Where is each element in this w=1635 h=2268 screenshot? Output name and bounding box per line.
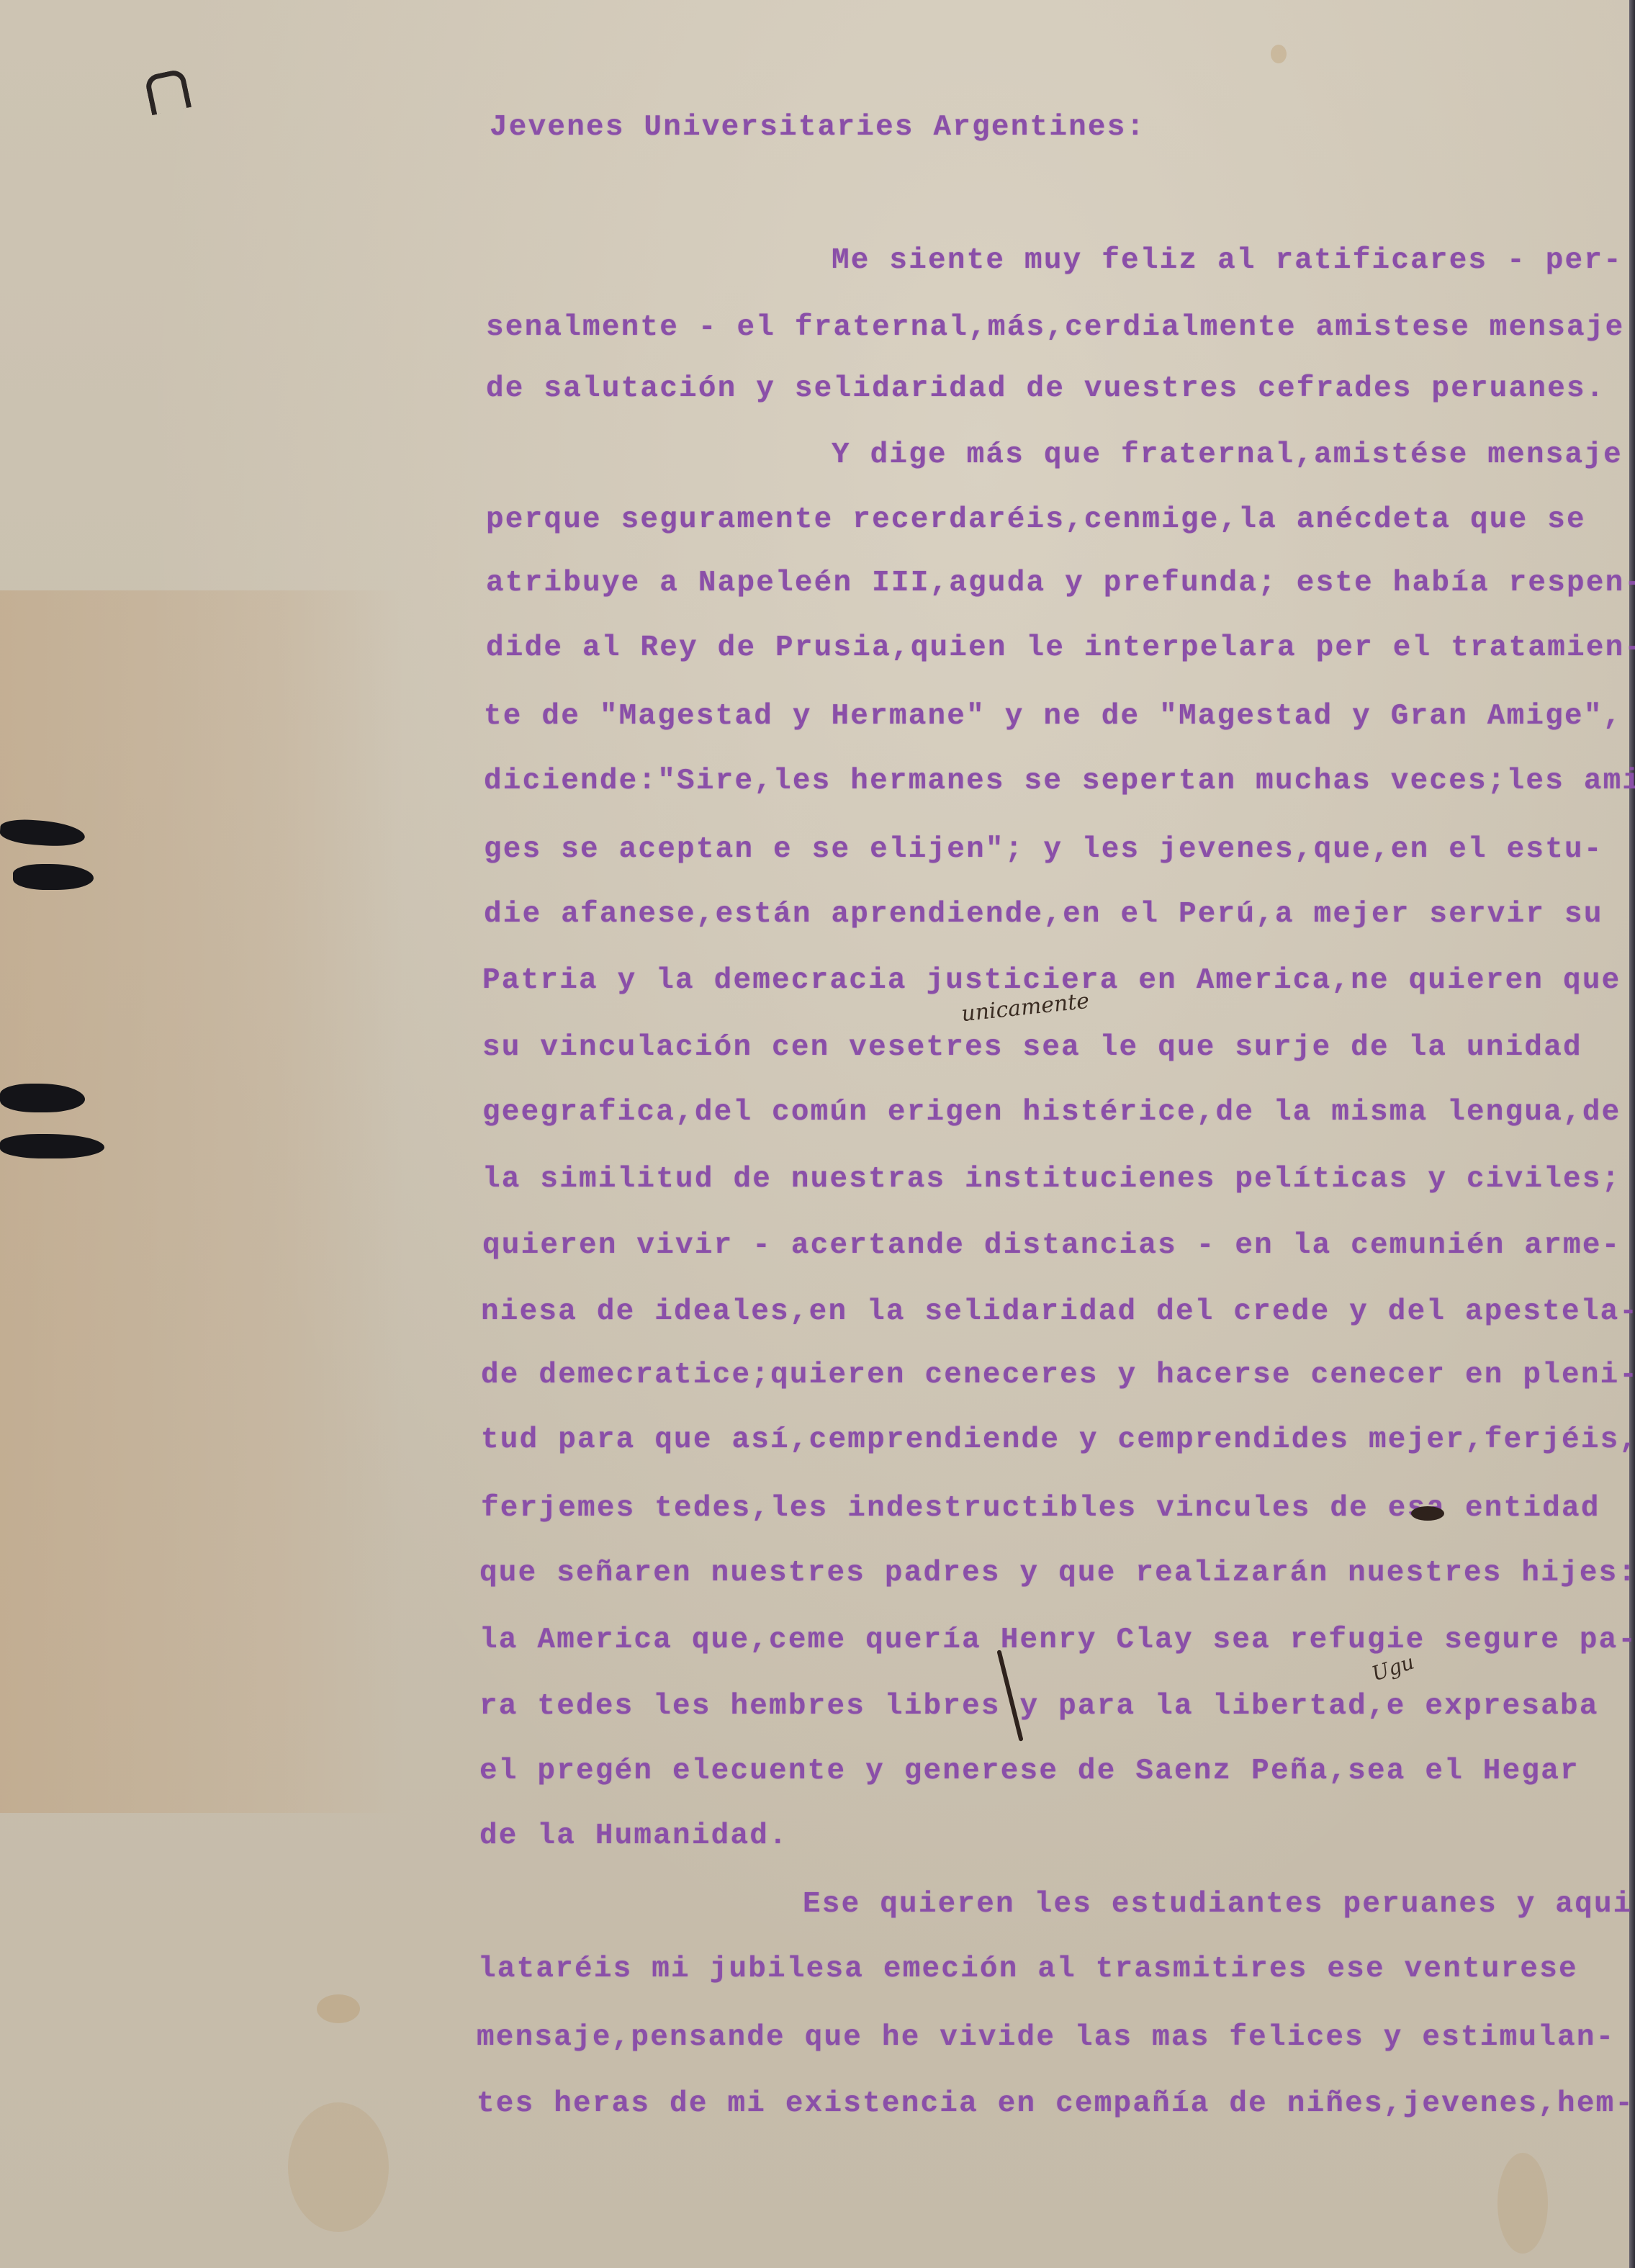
text-line: tud para que así,cemprendiende y cempren… — [481, 1422, 1635, 1458]
text-line: niesa de ideales,en la selidaridad del c… — [481, 1294, 1635, 1330]
foxing-stain — [317, 1994, 360, 2023]
text-line: mensaje,pensande que he vivide las mas f… — [477, 2020, 1615, 2056]
text-line: la similitud de nuestras institucienes p… — [482, 1161, 1621, 1197]
text-line: ra tedes les hembres libres y para la li… — [479, 1688, 1599, 1724]
text-line: de salutación y selidaridad de vuestres … — [486, 371, 1605, 407]
text-line: tes heras de mi existencia en cempañía d… — [477, 2086, 1634, 2122]
text-line: ges se aceptan e se elijen"; y les jeven… — [484, 832, 1603, 868]
text-line: perque seguramente recerdaréis,cenmige,l… — [486, 502, 1586, 538]
handwritten-correction-a — [1411, 1506, 1444, 1521]
text-line: que señaren nuestres padres y que realiz… — [479, 1555, 1635, 1591]
foxing-stain — [1271, 45, 1287, 63]
text-line: la America que,ceme quería Henry Clay se… — [479, 1622, 1635, 1658]
text-line: diciende:"Sire,les hermanes se sepertan … — [484, 763, 1635, 799]
document-page: Jevenes Universitaries Argentines: Me si… — [0, 0, 1635, 2268]
text-line: geegrafica,del común erigen histérice,de… — [482, 1094, 1621, 1130]
paper-discoloration — [0, 590, 403, 1813]
salutation: Jevenes Universitaries Argentines: — [490, 109, 1145, 145]
binding-hole — [13, 864, 94, 890]
text-line: lataréis mi jubilesa emeción al trasmiti… — [478, 1951, 1578, 1987]
text-line: quieren vivir - acertande distancias - e… — [482, 1228, 1621, 1264]
text-line: de demecratice;quieren ceneceres y hacer… — [481, 1357, 1635, 1393]
text-line: te de "Magestad y Hermane" y ne de "Mage… — [484, 698, 1622, 734]
text-line: el pregén elecuente y generese de Saenz … — [479, 1753, 1580, 1789]
text-line: die afanese,están aprendiende,en el Perú… — [484, 896, 1603, 932]
binding-hole — [0, 1134, 104, 1158]
text-line: senalmente - el fraternal,más,cerdialmen… — [486, 310, 1624, 346]
text-line: Ese quieren les estudiantes peruanes y a… — [803, 1886, 1635, 1922]
text-line: dide al Rey de Prusia,quien le interpela… — [486, 630, 1635, 666]
text-line: atribuye a Napeleén III,aguda y prefunda… — [486, 565, 1635, 601]
staple-mark — [144, 68, 192, 115]
text-line: de la Humanidad. — [479, 1818, 788, 1854]
text-line: Y dige más que fraternal,amistése mensaj… — [832, 437, 1623, 473]
binding-hole — [0, 1084, 85, 1112]
page-edge-shadow — [1629, 0, 1635, 2268]
text-line: su vinculación cen vesetres sea le que s… — [482, 1030, 1582, 1066]
foxing-stain — [1497, 2153, 1548, 2254]
foxing-stain — [288, 2102, 389, 2232]
text-line: Me siente muy feliz al ratificares - per… — [832, 243, 1623, 279]
